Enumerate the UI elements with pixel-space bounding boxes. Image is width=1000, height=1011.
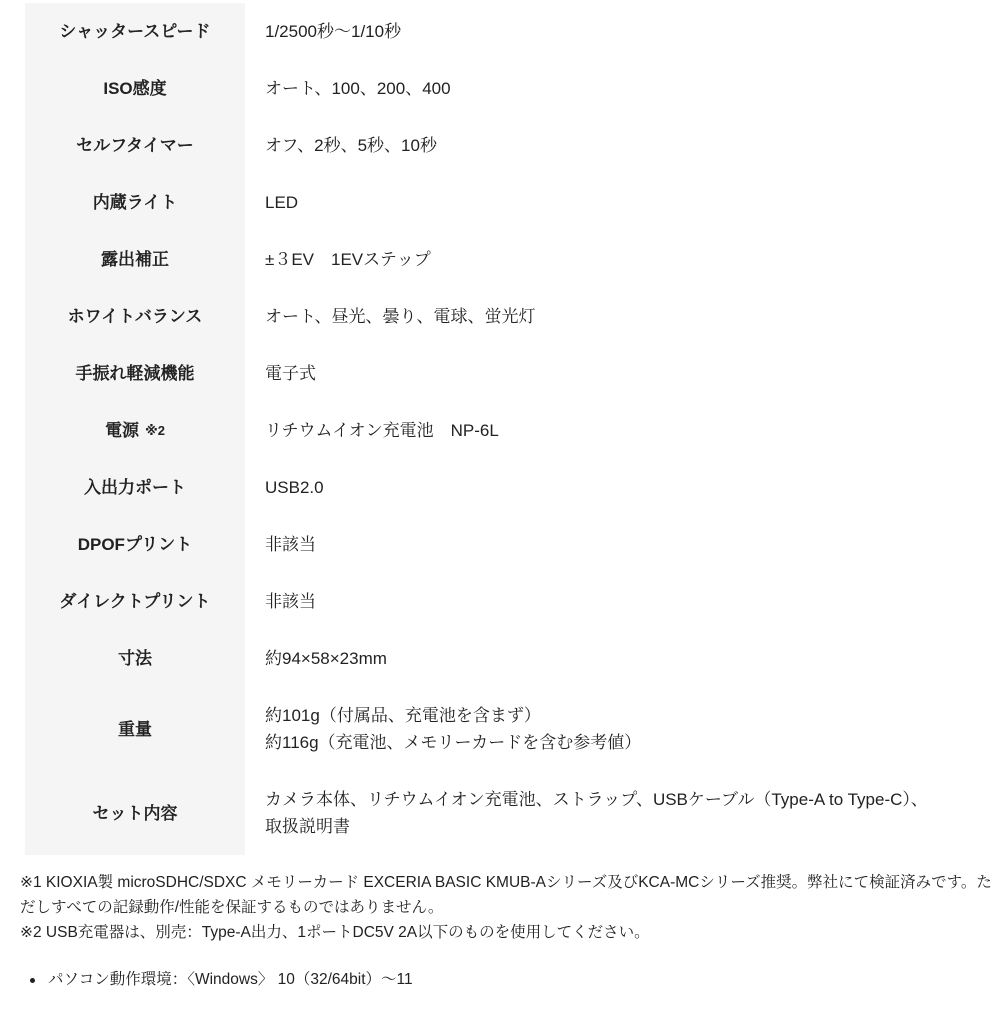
spec-table: シャッタースピード1/2500秒〜1/10秒ISO感度オート、100、200、4… [25,3,1000,855]
spec-label: 露出補正 [101,246,169,273]
table-row: ISO感度オート、100、200、400 [25,60,1000,117]
spec-value-cell: 1/2500秒〜1/10秒 [245,3,1000,60]
spec-value-line: LED [265,189,932,216]
spec-value-cell: 約101g（付属品、充電池を含まず）約116g（充電池、メモリーカードを含む参考… [245,687,1000,771]
spec-value-cell: 約94×58×23mm [245,630,1000,687]
spec-label-cell: シャッタースピード [25,3,245,60]
spec-label-cell: 手振れ軽減機能 [25,345,245,402]
spec-label: セット内容 [93,800,178,827]
spec-label: セルフタイマー [76,132,193,159]
spec-value-line: オフ、2秒、5秒、10秒 [265,132,932,159]
table-row: DPOFプリント非該当 [25,516,1000,573]
spec-value-line: ±３EV 1EVステップ [265,246,932,273]
spec-label: 入出力ポート [84,474,186,501]
table-row: セルフタイマーオフ、2秒、5秒、10秒 [25,117,1000,174]
spec-label: 重量 [118,716,152,743]
spec-value-cell: カメラ本体、リチウムイオン充電池、ストラップ、USBケーブル（Type-A to… [245,771,1000,855]
table-row: 手振れ軽減機能電子式 [25,345,1000,402]
bullet-text: パソコン動作環境：〈Windows〉 10（32/64bit）〜11 [48,969,413,991]
spec-label-cell: セット内容 [25,771,245,855]
spec-value-line: 1/2500秒〜1/10秒 [265,18,932,45]
spec-value-cell: 非該当 [245,573,1000,630]
spec-value-line: リチウムイオン充電池 NP-6L [265,417,932,444]
spec-value-line: オート、100、200、400 [265,75,932,102]
table-row: 内蔵ライトLED [25,174,1000,231]
spec-value-cell: 非該当 [245,516,1000,573]
spec-label-cell: 入出力ポート [25,459,245,516]
spec-value-cell: オート、昼光、曇り、電球、蛍光灯 [245,288,1000,345]
table-row: ダイレクトプリント非該当 [25,573,1000,630]
spec-label-cell: ISO感度 [25,60,245,117]
spec-value-line: 約94×58×23mm [265,645,932,672]
footnotes: ※1 KIOXIA製 microSDHC/SDXC メモリーカード EXCERI… [20,870,995,945]
spec-label-cell: 露出補正 [25,231,245,288]
bullet-item: パソコン動作環境：〈Windows〉 10（32/64bit）〜11 [30,969,1000,991]
table-row: 入出力ポートUSB2.0 [25,459,1000,516]
table-row: 寸法約94×58×23mm [25,630,1000,687]
spec-label-cell: ホワイトバランス [25,288,245,345]
spec-value-cell: ±３EV 1EVステップ [245,231,1000,288]
table-row: ホワイトバランスオート、昼光、曇り、電球、蛍光灯 [25,288,1000,345]
spec-label: ホワイトバランス [68,303,203,330]
spec-label-cell: 電源※2 [25,402,245,459]
table-row: セット内容カメラ本体、リチウムイオン充電池、ストラップ、USBケーブル（Type… [25,771,1000,855]
spec-value-line: 非該当 [265,531,932,558]
spec-value-line: 非該当 [265,588,932,615]
table-row: 露出補正±３EV 1EVステップ [25,231,1000,288]
table-row: シャッタースピード1/2500秒〜1/10秒 [25,3,1000,60]
footnote-2: ※2 USB充電器は、別売：Type-A出力、1ポートDC5V 2A以下のものを… [20,920,995,945]
spec-value-cell: 電子式 [245,345,1000,402]
spec-value-line: オート、昼光、曇り、電球、蛍光灯 [265,303,932,330]
spec-value-line: 約101g（付属品、充電池を含まず） [265,702,932,729]
spec-value-line: USB2.0 [265,474,932,501]
footnote-1: ※1 KIOXIA製 microSDHC/SDXC メモリーカード EXCERI… [20,870,995,920]
spec-label-cell: 内蔵ライト [25,174,245,231]
spec-label: 電源 [105,417,139,444]
spec-label: 寸法 [118,645,152,672]
spec-label-cell: セルフタイマー [25,117,245,174]
spec-label: DPOFプリント [78,531,193,558]
spec-label: シャッタースピード [59,18,210,45]
spec-page: シャッタースピード1/2500秒〜1/10秒ISO感度オート、100、200、4… [0,0,1000,1011]
spec-label-cell: ダイレクトプリント [25,573,245,630]
spec-value-cell: オフ、2秒、5秒、10秒 [245,117,1000,174]
bullet-list: パソコン動作環境：〈Windows〉 10（32/64bit）〜11 [30,969,1000,991]
table-row: 重量約101g（付属品、充電池を含まず）約116g（充電池、メモリーカードを含む… [25,687,1000,771]
spec-label: 内蔵ライト [93,189,178,216]
spec-label-cell: 寸法 [25,630,245,687]
spec-value-line: カメラ本体、リチウムイオン充電池、ストラップ、USBケーブル（Type-A to… [265,786,932,840]
spec-label-cell: 重量 [25,687,245,771]
spec-value-cell: リチウムイオン充電池 NP-6L [245,402,1000,459]
spec-value-cell: オート、100、200、400 [245,60,1000,117]
spec-value-line: 約116g（充電池、メモリーカードを含む参考値） [265,729,932,756]
spec-label-cell: DPOFプリント [25,516,245,573]
table-row: 電源※2リチウムイオン充電池 NP-6L [25,402,1000,459]
spec-label: ダイレクトプリント [59,588,210,615]
spec-label: 手振れ軽減機能 [76,360,195,387]
spec-value-cell: LED [245,174,1000,231]
spec-value-cell: USB2.0 [245,459,1000,516]
bullet-icon [30,978,35,983]
spec-label: ISO感度 [103,75,166,102]
spec-label-footnote-ref: ※2 [145,417,165,444]
spec-value-line: 電子式 [265,360,932,387]
